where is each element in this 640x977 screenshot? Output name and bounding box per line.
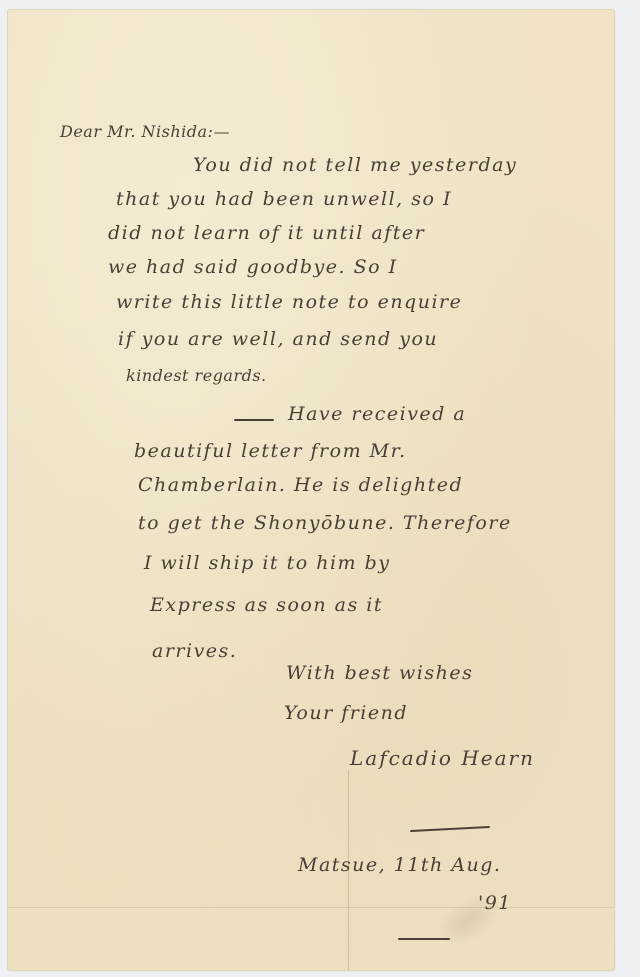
- body-line-14: arrives.: [152, 642, 237, 661]
- body-line-11: to get the Shonyōbune. Therefore: [138, 514, 512, 533]
- body-line-5: write this little note to enquire: [116, 293, 462, 312]
- divider-mark-top: [410, 826, 490, 832]
- body-line-13: Express as soon as it: [150, 596, 383, 615]
- body-line-7: kindest regards.: [126, 368, 267, 384]
- place-date: Matsue, 11th Aug.: [298, 856, 501, 875]
- divider-mark-bottom: [398, 938, 450, 940]
- letter-paper: Dear Mr. Nishida:— You did not tell me y…: [8, 10, 614, 970]
- body-line-3: did not learn of it until after: [108, 224, 425, 243]
- signature: Lafcadio Hearn: [350, 748, 535, 768]
- body-line-2: that you had been unwell, so I: [116, 190, 452, 209]
- year: '91: [478, 894, 512, 913]
- body-line-1: You did not tell me yesterday: [193, 156, 517, 175]
- body-line-8: Have received a: [288, 405, 466, 424]
- horizontal-fold-line: [8, 907, 614, 908]
- closing-line-1: With best wishes: [286, 664, 473, 683]
- salutation: Dear Mr. Nishida:—: [60, 124, 230, 140]
- body-line-12: I will ship it to him by: [144, 554, 390, 573]
- body-line-10: Chamberlain. He is delighted: [138, 476, 463, 495]
- body-line-6: if you are well, and send you: [118, 330, 438, 349]
- document-scan: Dear Mr. Nishida:— You did not tell me y…: [0, 0, 640, 977]
- closing-line-2: Your friend: [284, 704, 408, 723]
- body-line-4: we had said goodbye. So I: [108, 258, 398, 277]
- body-line-9: beautiful letter from Mr.: [134, 442, 407, 461]
- em-dash-mark: [234, 419, 274, 421]
